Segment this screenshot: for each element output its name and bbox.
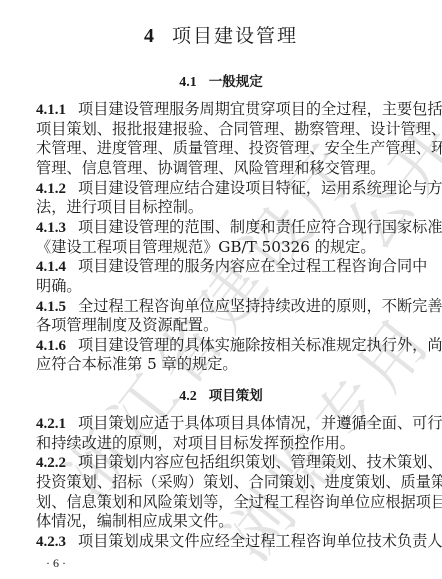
clause-text: 投资策划、招标（采购）策划、合同策划、进度策划、质量策 bbox=[36, 473, 404, 493]
clause-text: 各项管理制度及资源配置。 bbox=[36, 316, 404, 336]
clause-4-1-2: 4.1.2项目建设管理应结合建设项目特征，运用系统理论与方 法，进行项目目标控制… bbox=[36, 179, 404, 218]
clause-4-2-3: 4.2.3项目策划成果文件应经全过程工程咨询单位技术负责人 bbox=[36, 532, 404, 552]
clause-4-2-2: 4.2.2项目策划内容应包括组织策划、管理策划、技术策划、 投资策划、招标（采购… bbox=[36, 453, 404, 532]
clause-text: 划、信息策划和风险策划等，全过程工程咨询单位应根据项目具 bbox=[36, 493, 404, 513]
chapter-title: 4项目建设管理 bbox=[0, 21, 442, 48]
clause-4-1-3: 4.1.3项目建设管理的范围、制度和责任应符合现行国家标准 《建设工程项目管理规… bbox=[36, 218, 404, 257]
clause-text: 术管理、进度管理、质量管理、投资管理、安全生产管理、环境 bbox=[36, 139, 404, 159]
section-title-text: 项目策划 bbox=[209, 388, 263, 404]
clause-text: 体情况，编制相应成果文件。 bbox=[36, 512, 404, 532]
clause-4-1-4: 4.1.4项目建设管理的服务内容应在全过程工程咨询合同中 明确。 bbox=[36, 257, 404, 296]
clause-text: 项目建设管理服务周期宜贯穿项目的全过程，主要包括 bbox=[78, 100, 442, 120]
clause-4-1-6: 4.1.6项目建设管理的具体实施除按相关标准规定执行外，尚 应符合本标准第 5 … bbox=[36, 336, 404, 375]
clause-4-1-5: 4.1.5全过程工程咨询单位应坚持持续改进的原则，不断完善 各项管理制度及资源配… bbox=[36, 297, 404, 336]
clause-number: 4.2.2 bbox=[36, 454, 66, 474]
chapter-number: 4 bbox=[144, 25, 156, 47]
clause-number: 4.1.1 bbox=[36, 101, 66, 121]
section-title-4-1: 4.1一般规定 bbox=[0, 70, 442, 91]
clause-number: 4.1.3 bbox=[36, 219, 66, 239]
clause-text: 项目建设管理的具体实施除按相关标准规定执行外，尚 bbox=[78, 336, 442, 356]
clause-number: 4.2.1 bbox=[36, 415, 66, 435]
clause-text: 管理、信息管理、协调管理、风险管理和移交管理。 bbox=[36, 159, 404, 179]
clause-4-2-1: 4.2.1项目策划应适于具体项目具体情况，并遵循全面、可行 和持续改进的原则，对… bbox=[36, 414, 404, 453]
page-number: · 6 · bbox=[46, 556, 66, 571]
clause-text: 明确。 bbox=[36, 277, 404, 297]
clause-text: 项目建设管理应结合建设项目特征，运用系统理论与方 bbox=[78, 179, 442, 199]
chapter-title-text: 项目建设管理 bbox=[172, 25, 298, 47]
clause-number: 4.1.5 bbox=[36, 298, 66, 318]
section-number: 4.1 bbox=[179, 75, 197, 90]
clause-text: 和持续改进的原则，对项目目标发挥预控作用。 bbox=[36, 434, 404, 454]
clause-text: 《建设工程项目管理规范》GB/T 50326 的规定。 bbox=[36, 238, 404, 258]
clause-number: 4.1.4 bbox=[36, 258, 66, 278]
clause-text: 项目策划、报批报建报验、合同管理、勘察管理、设计管理、技 bbox=[36, 120, 404, 140]
section-number: 4.2 bbox=[179, 389, 197, 404]
clause-number: 4.1.6 bbox=[36, 337, 66, 357]
clause-text: 应符合本标准第 5 章的规定。 bbox=[36, 355, 404, 375]
clause-4-1-1: 4.1.1项目建设管理服务周期宜贯穿项目的全过程，主要包括 项目策划、报批报建报… bbox=[36, 100, 404, 179]
clause-text: 项目建设管理的范围、制度和责任应符合现行国家标准 bbox=[78, 218, 442, 238]
section-title-4-2: 4.2项目策划 bbox=[0, 384, 442, 405]
clause-text: 法，进行项目目标控制。 bbox=[36, 198, 404, 218]
clause-text: 项目建设管理的服务内容应在全过程工程咨询合同中 bbox=[78, 257, 427, 277]
clause-text: 项目策划内容应包括组织策划、管理策划、技术策划、 bbox=[78, 453, 442, 473]
section-title-text: 一般规定 bbox=[209, 74, 263, 90]
clause-text: 项目策划应适于具体项目具体情况，并遵循全面、可行 bbox=[78, 414, 442, 434]
document-page: 浙江省建设厅 浏览专用 公开 4项目建设管理 4.1一般规定 4.1.1项目建设… bbox=[0, 0, 442, 579]
clause-number: 4.2.3 bbox=[36, 533, 66, 553]
clause-text: 项目策划成果文件应经全过程工程咨询单位技术负责人 bbox=[78, 532, 442, 552]
clause-text: 全过程工程咨询单位应坚持持续改进的原则，不断完善 bbox=[78, 297, 442, 317]
clause-number: 4.1.2 bbox=[36, 180, 66, 200]
